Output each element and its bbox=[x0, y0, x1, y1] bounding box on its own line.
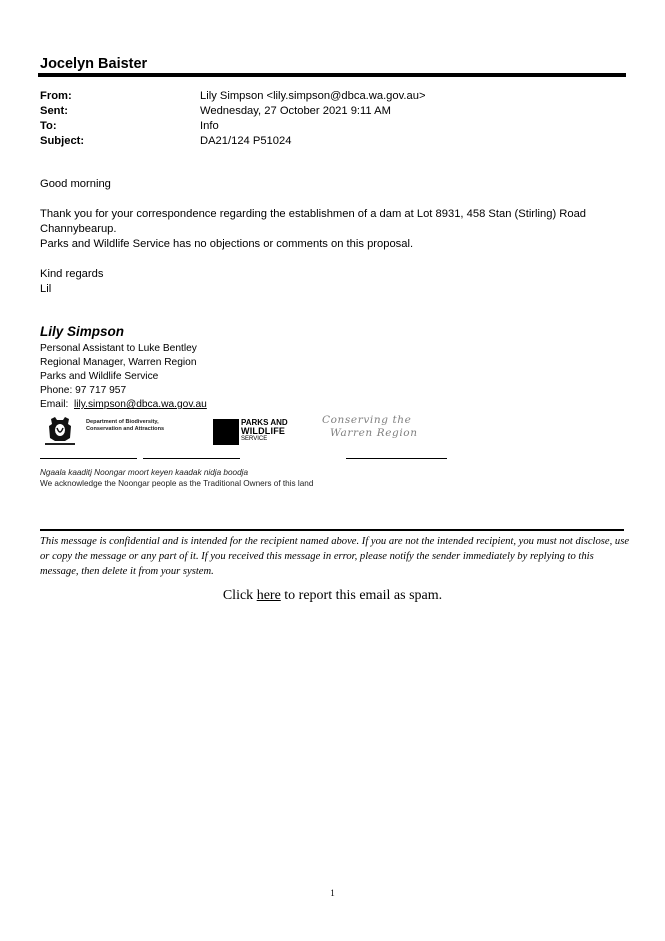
closing: Kind regards bbox=[40, 267, 630, 282]
logo-divider-1 bbox=[40, 458, 137, 459]
signature-email-label: Email: bbox=[40, 399, 68, 410]
pws-logo-text: PARKS AND WILDLIFE SERVICE bbox=[241, 419, 288, 443]
confidentiality-disclaimer: This message is confidential and is inte… bbox=[40, 534, 630, 579]
greeting: Good morning bbox=[40, 177, 630, 192]
from-label: From: bbox=[40, 89, 72, 104]
sent-value: Wednesday, 27 October 2021 9:11 AM bbox=[200, 104, 391, 119]
dbca-logo-text: Department of Biodiversity, Conservation… bbox=[86, 419, 164, 433]
body-paragraph-2: Parks and Wildlife Service has no object… bbox=[40, 237, 630, 252]
acknowledgement-english: We acknowledge the Noongar people as the… bbox=[40, 479, 313, 488]
pws-logo-icon bbox=[213, 419, 239, 445]
logo-divider-2 bbox=[143, 458, 240, 459]
sent-label: Sent: bbox=[40, 104, 68, 119]
header-divider bbox=[38, 73, 626, 77]
signature-role: Regional Manager, Warren Region bbox=[40, 356, 196, 370]
disclaimer-divider bbox=[40, 529, 624, 531]
to-label: To: bbox=[40, 119, 57, 134]
subject-label: Subject: bbox=[40, 134, 84, 149]
document-owner-name: Jocelyn Baister bbox=[40, 56, 147, 72]
wa-crest-logo-icon bbox=[43, 416, 77, 448]
logo-divider-3 bbox=[346, 458, 447, 459]
body-paragraph-1: Thank you for your correspondence regard… bbox=[40, 207, 630, 237]
signature-email-row: Email: lily.simpson@dbca.wa.gov.au bbox=[40, 398, 207, 412]
warren-region-logo-text: Conserving the Warren Region bbox=[316, 414, 418, 440]
page-number: 1 bbox=[0, 888, 665, 898]
signature-name: Lily Simpson bbox=[40, 324, 124, 339]
subject-value: DA21/124 P51024 bbox=[200, 134, 291, 149]
signature-email-link[interactable]: lily.simpson@dbca.wa.gov.au bbox=[74, 399, 207, 410]
acknowledgement-noongar: Ngaala kaaditj Noongar moort keyen kaada… bbox=[40, 468, 248, 477]
from-value: Lily Simpson <lily.simpson@dbca.wa.gov.a… bbox=[200, 89, 425, 104]
sign-off: Lil bbox=[40, 282, 630, 297]
signature-phone: Phone: 97 717 957 bbox=[40, 384, 126, 398]
report-spam-link[interactable]: here bbox=[257, 588, 281, 603]
report-spam-line: Click here to report this email as spam. bbox=[0, 588, 665, 604]
signature-title: Personal Assistant to Luke Bentley bbox=[40, 342, 197, 356]
signature-organisation: Parks and Wildlife Service bbox=[40, 370, 158, 384]
to-value: Info bbox=[200, 119, 219, 134]
